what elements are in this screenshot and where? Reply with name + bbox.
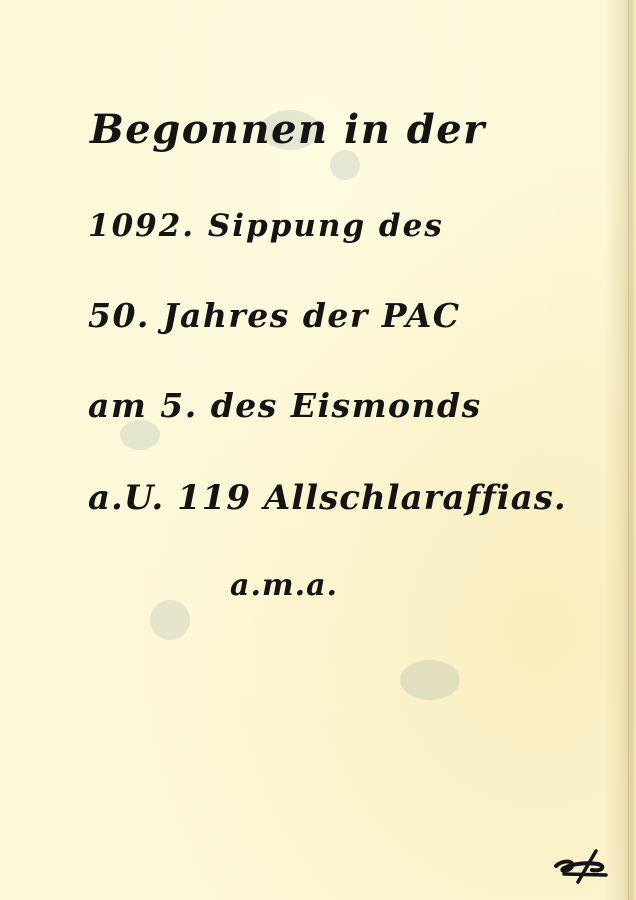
text-line-4: am 5. des Eismonds xyxy=(88,386,482,425)
text-line-2: 1092. Sippung des xyxy=(88,208,444,244)
text-line-6: a.m.a. xyxy=(230,568,338,603)
page-edge xyxy=(628,0,629,900)
scan-speck xyxy=(150,600,190,640)
text-line-1: Begonnen in der xyxy=(90,106,486,153)
scan-speck xyxy=(330,150,360,180)
document-page: Begonnen in der 1092. Sippung des 50. Ja… xyxy=(0,0,636,900)
text-line-5: a.U. 119 Allschlaraffias. xyxy=(88,478,567,518)
crossed-flourish-symbol-icon xyxy=(552,848,610,886)
scan-speck xyxy=(400,660,460,700)
text-line-3: 50. Jahres der PAC xyxy=(88,296,461,335)
